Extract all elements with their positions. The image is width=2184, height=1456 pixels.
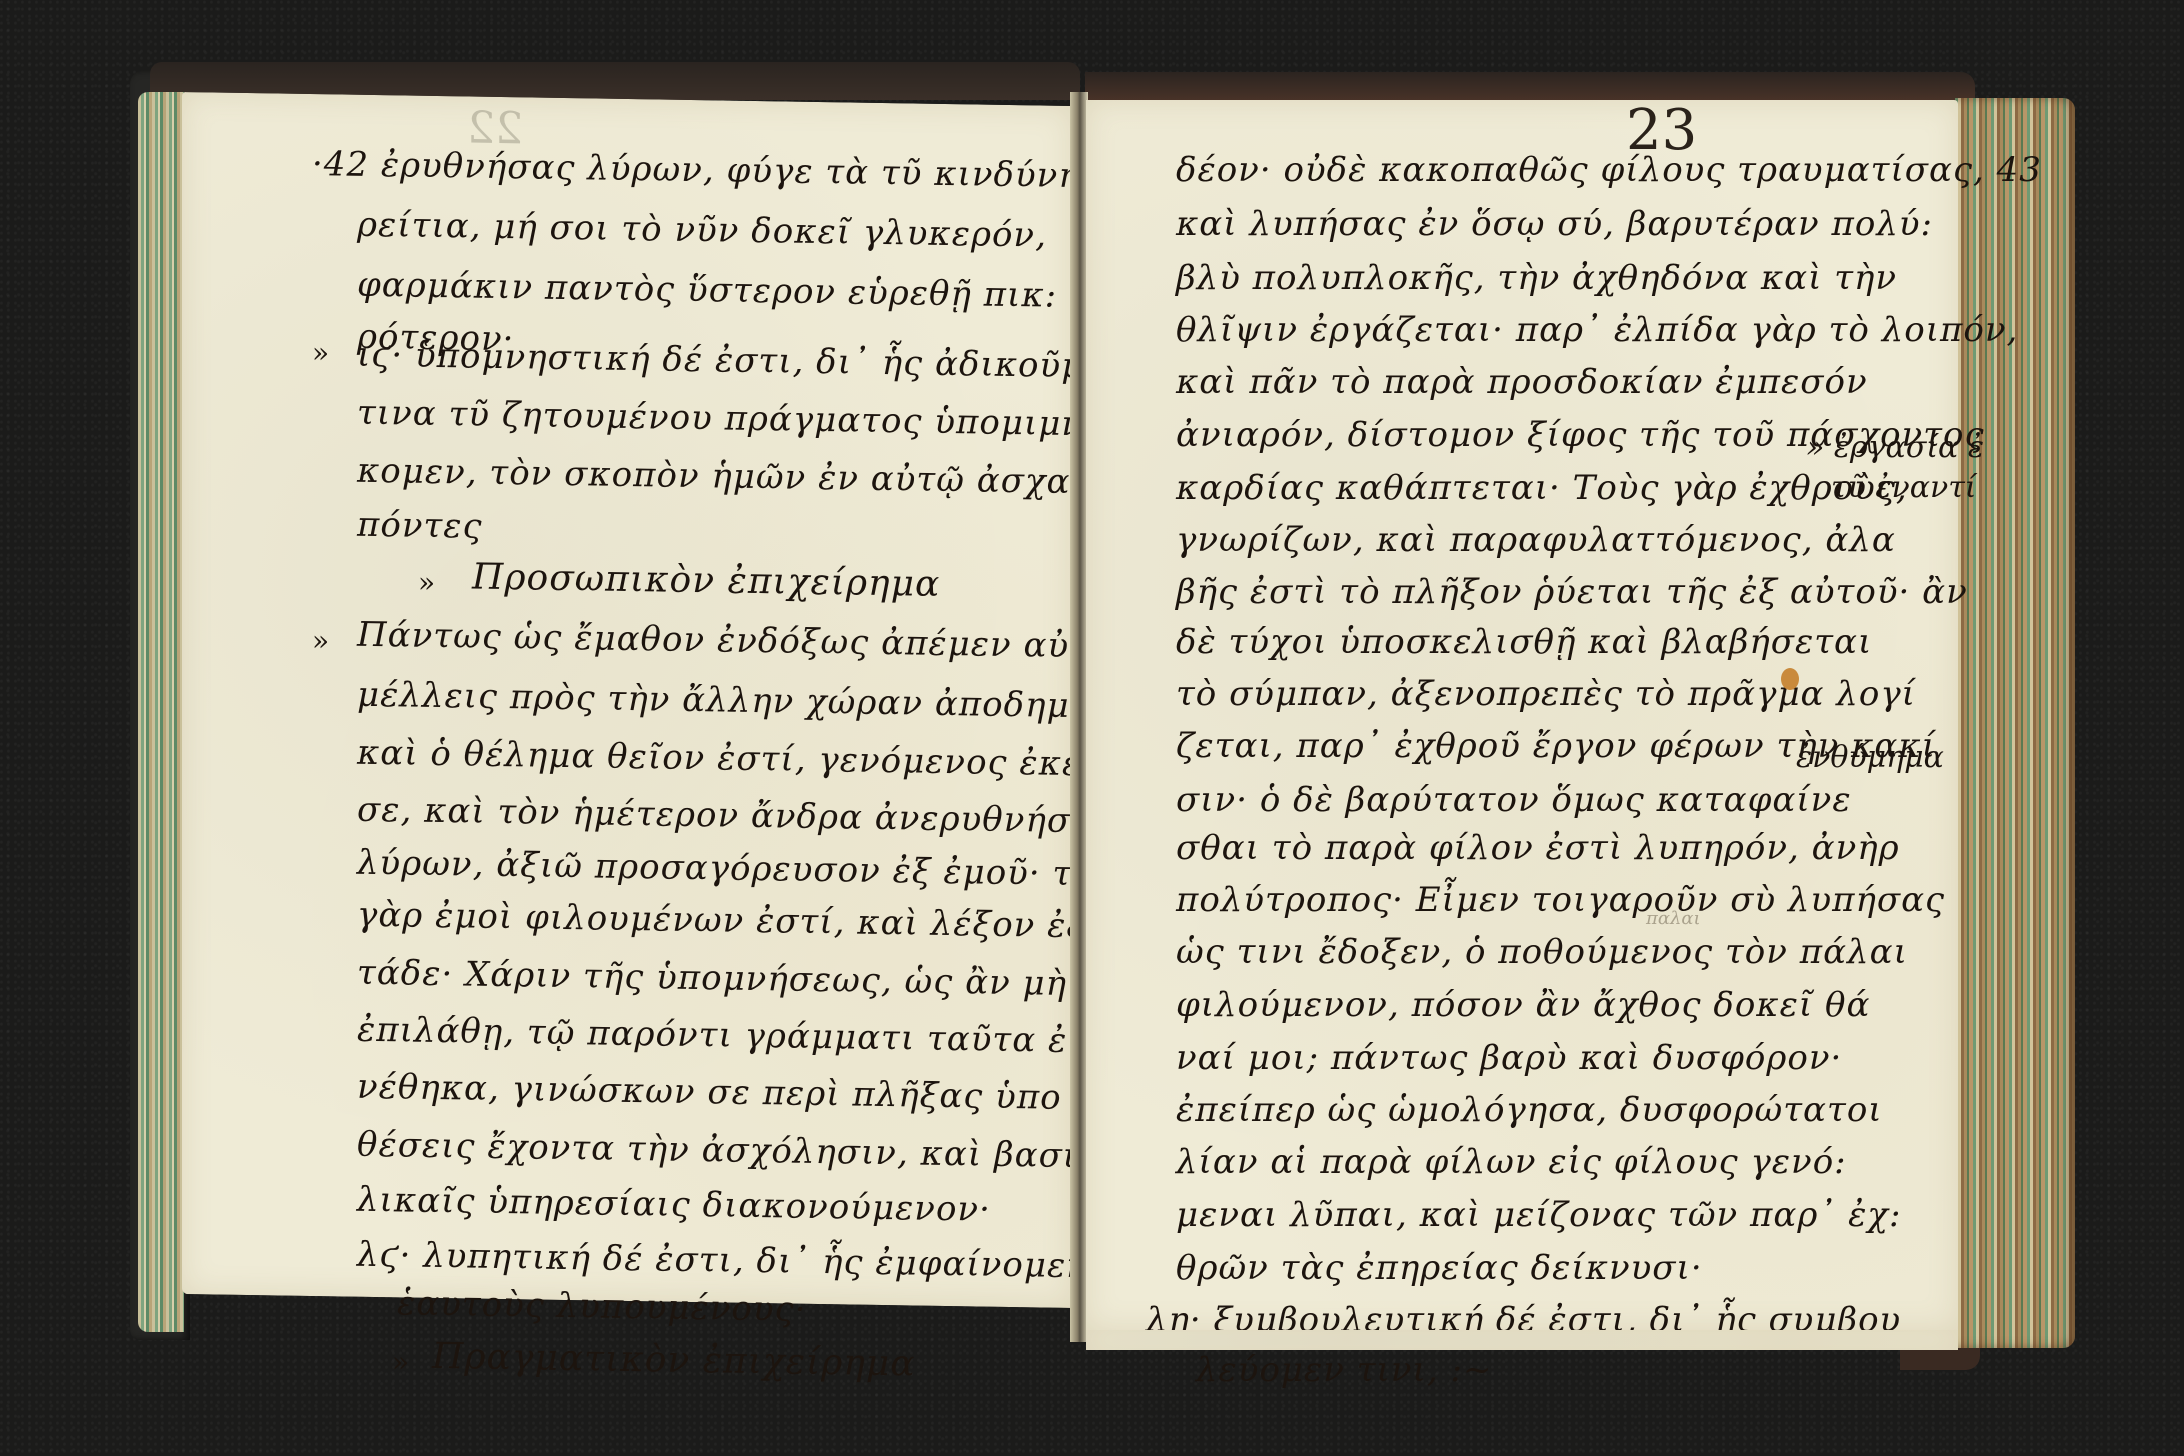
text-line: γνωρίζων, καὶ παραφυλαττόμενος, ἀλα bbox=[1176, 520, 1896, 560]
text-line: νέθηκα, γινώσκων σε περὶ πλῆξας ὑπο bbox=[357, 1067, 1062, 1118]
section-heading: Προσωπικὸν ἐπιχείρημα bbox=[472, 557, 940, 605]
text-line: μεναι λῦπαι, καὶ μείζονας τῶν παρ᾽ ἐχ: bbox=[1176, 1195, 1901, 1235]
text-line: μέλλεις πρὸς τὴν ἄλλην χώραν ἀποδημεῖν, bbox=[357, 675, 1137, 727]
text-line: τὸ σύμπαν, ἀξενοπρεπὲς τὸ πρᾶγμα λογί bbox=[1176, 674, 1916, 714]
margin-note: τῦ ἐναντί bbox=[1831, 470, 1977, 505]
left-page-lower-anchor bbox=[182, 1290, 1072, 1291]
text-line: θέσεις ἔχοντα τὴν ἀσχόλησιν, καὶ βασι: bbox=[357, 1125, 1090, 1177]
text-line: Πάντως ὡς ἔμαθον ἐνδόξως ἀπέμεν αὐθέντα bbox=[357, 615, 1175, 668]
text-line: ιϛ· ὑπομνηστική δέ ἐστι, δι᾽ ἧς ἀδικοῦμε… bbox=[357, 335, 1137, 387]
text-line: ἐπιλάθῃ, τῷ παρόντι γράμματι ταῦτα ἐ bbox=[357, 1010, 1067, 1061]
ink-stain bbox=[1781, 668, 1799, 690]
text-line: λίαν αἱ παρὰ φίλων εἰς φίλους γενό: bbox=[1176, 1142, 1847, 1182]
text-line: φιλούμενον, πόσον ἂν ἄχθος δοκεῖ θά bbox=[1176, 985, 1870, 1025]
text-line: καὶ λυπήσας ἐν ὅσῳ σύ, βαρυτέραν πολύ: bbox=[1176, 204, 1933, 244]
text-line: ρείτια, μή σοι τὸ νῦν δοκεῖ γλυκερόν, bbox=[357, 205, 1047, 256]
left-page: 22 ·42 ἐρυθνήσας λύρων, φύγε τὰ τῦ κινδύ… bbox=[182, 92, 1072, 1308]
text-line: ἐπείπερ ὡς ὡμολόγησα, δυσφορώτατοι bbox=[1176, 1090, 1883, 1130]
text-line: φαρμάκιν παντὸς ὕστερον εὑρεθῇ πικ: bbox=[357, 265, 1057, 316]
left-page-edges bbox=[138, 92, 184, 1332]
text-line: σιν· ὁ δὲ βαρύτατον ὅμως καταφαίνε bbox=[1176, 780, 1852, 820]
right-page: 23 δέον· οὐδὲ κακοπαθῶς φίλους τραυματίσ… bbox=[1086, 100, 1958, 1330]
text-line: λεύομεν τινι, :~ bbox=[1196, 1350, 1492, 1390]
text-line: σε, καὶ τὸν ἡμέτερον ἄνδρα ἀνερυθνήσαι bbox=[357, 790, 1109, 842]
text-line: γὰρ ἐμοὶ φιλουμένων ἐστί, καὶ λέξον ἐξ ἐ… bbox=[357, 895, 1183, 948]
text-line: πολύτροπος· Εἶμεν τοιγαροῦν σὺ λυπήσας bbox=[1176, 880, 1945, 920]
text-line: κομεν, τὸν σκοπὸν ἡμῶν ἐν αὐτῷ ἀσχαρα bbox=[357, 451, 1115, 503]
text-line: ναί μοι; πάντως βαρὺ καὶ δυσφόρον· bbox=[1176, 1038, 1842, 1078]
text-line: θρῶν τὰς ἐπηρείας δείκνυσι· bbox=[1176, 1248, 1703, 1288]
quotation-mark: » bbox=[312, 336, 329, 369]
text-line: λικαῖς ὑπηρεσίαις διακονούμενον· bbox=[357, 1180, 991, 1230]
text-line: βῆς ἐστὶ τὸ πλῆξον ῥύεται τῆς ἐξ αὐτοῦ· … bbox=[1176, 572, 1968, 612]
text-line: δέον· οὐδὲ κακοπαθῶς φίλους τραυματίσας,… bbox=[1176, 150, 2042, 190]
text-line: λϛ· λυπητική δέ ἐστι, δι᾽ ἧς ἐμφαίνομεν bbox=[357, 1235, 1088, 1286]
text-line: καὶ πᾶν τὸ παρὰ προσδοκίαν ἐμπεσόν bbox=[1176, 362, 1868, 402]
text-line: δὲ τύχοι ὑποσκελισθῇ καὶ βλαβήσεται bbox=[1176, 622, 1872, 662]
right-fore-edge bbox=[1955, 98, 2075, 1348]
section-heading: Πραγματικὸν ἐπιχείρημα bbox=[432, 1336, 916, 1385]
margin-note: ἐνθύμημα bbox=[1796, 740, 1944, 775]
text-line: καρδίας καθάπτεται· Τοὺς γὰρ ἐχθροὺς, bbox=[1176, 468, 1908, 508]
quotation-mark: » bbox=[392, 1345, 409, 1378]
text-line: βλὺ πολυπλοκῆς, τὴν ἀχθηδόνα καὶ τὴν bbox=[1176, 258, 1897, 298]
top-binding-right bbox=[1085, 72, 1975, 102]
interlinear-note: παλαι bbox=[1646, 908, 1701, 929]
right-page-bottom-strip bbox=[1086, 1330, 1958, 1350]
quotation-mark: » bbox=[312, 624, 329, 657]
text-line: πόντες bbox=[357, 505, 483, 547]
text-line: θλῖψιν ἐργάζεται· παρ᾽ ἐλπίδα γὰρ τὸ λοι… bbox=[1176, 310, 2018, 350]
margin-note: » ἐργασία ἐ bbox=[1806, 430, 1984, 465]
text-line: τάδε· Χάριν τῆς ὑπομνήσεως, ὡς ἂν μὴ bbox=[357, 953, 1067, 1004]
text-line: ·42 ἐρυθνήσας λύρων, φύγε τὰ τῦ κινδύνη … bbox=[312, 144, 1140, 197]
text-line: καὶ ὁ θέλημα θεῖον ἐστί, γενόμενος ἐκεῖ bbox=[357, 733, 1096, 785]
text-line: σθαι τὸ παρὰ φίλον ἐστὶ λυπηρόν, ἀνὴρ bbox=[1176, 828, 1900, 868]
text-line: ὡς τινι ἔδοξεν, ὁ ποθούμενος τὸν πάλαι bbox=[1176, 932, 1908, 972]
text-line: τινα τῦ ζητουμένου πράγματος ὑπομιμνήσ: bbox=[357, 393, 1141, 445]
quotation-mark: » bbox=[418, 566, 435, 599]
